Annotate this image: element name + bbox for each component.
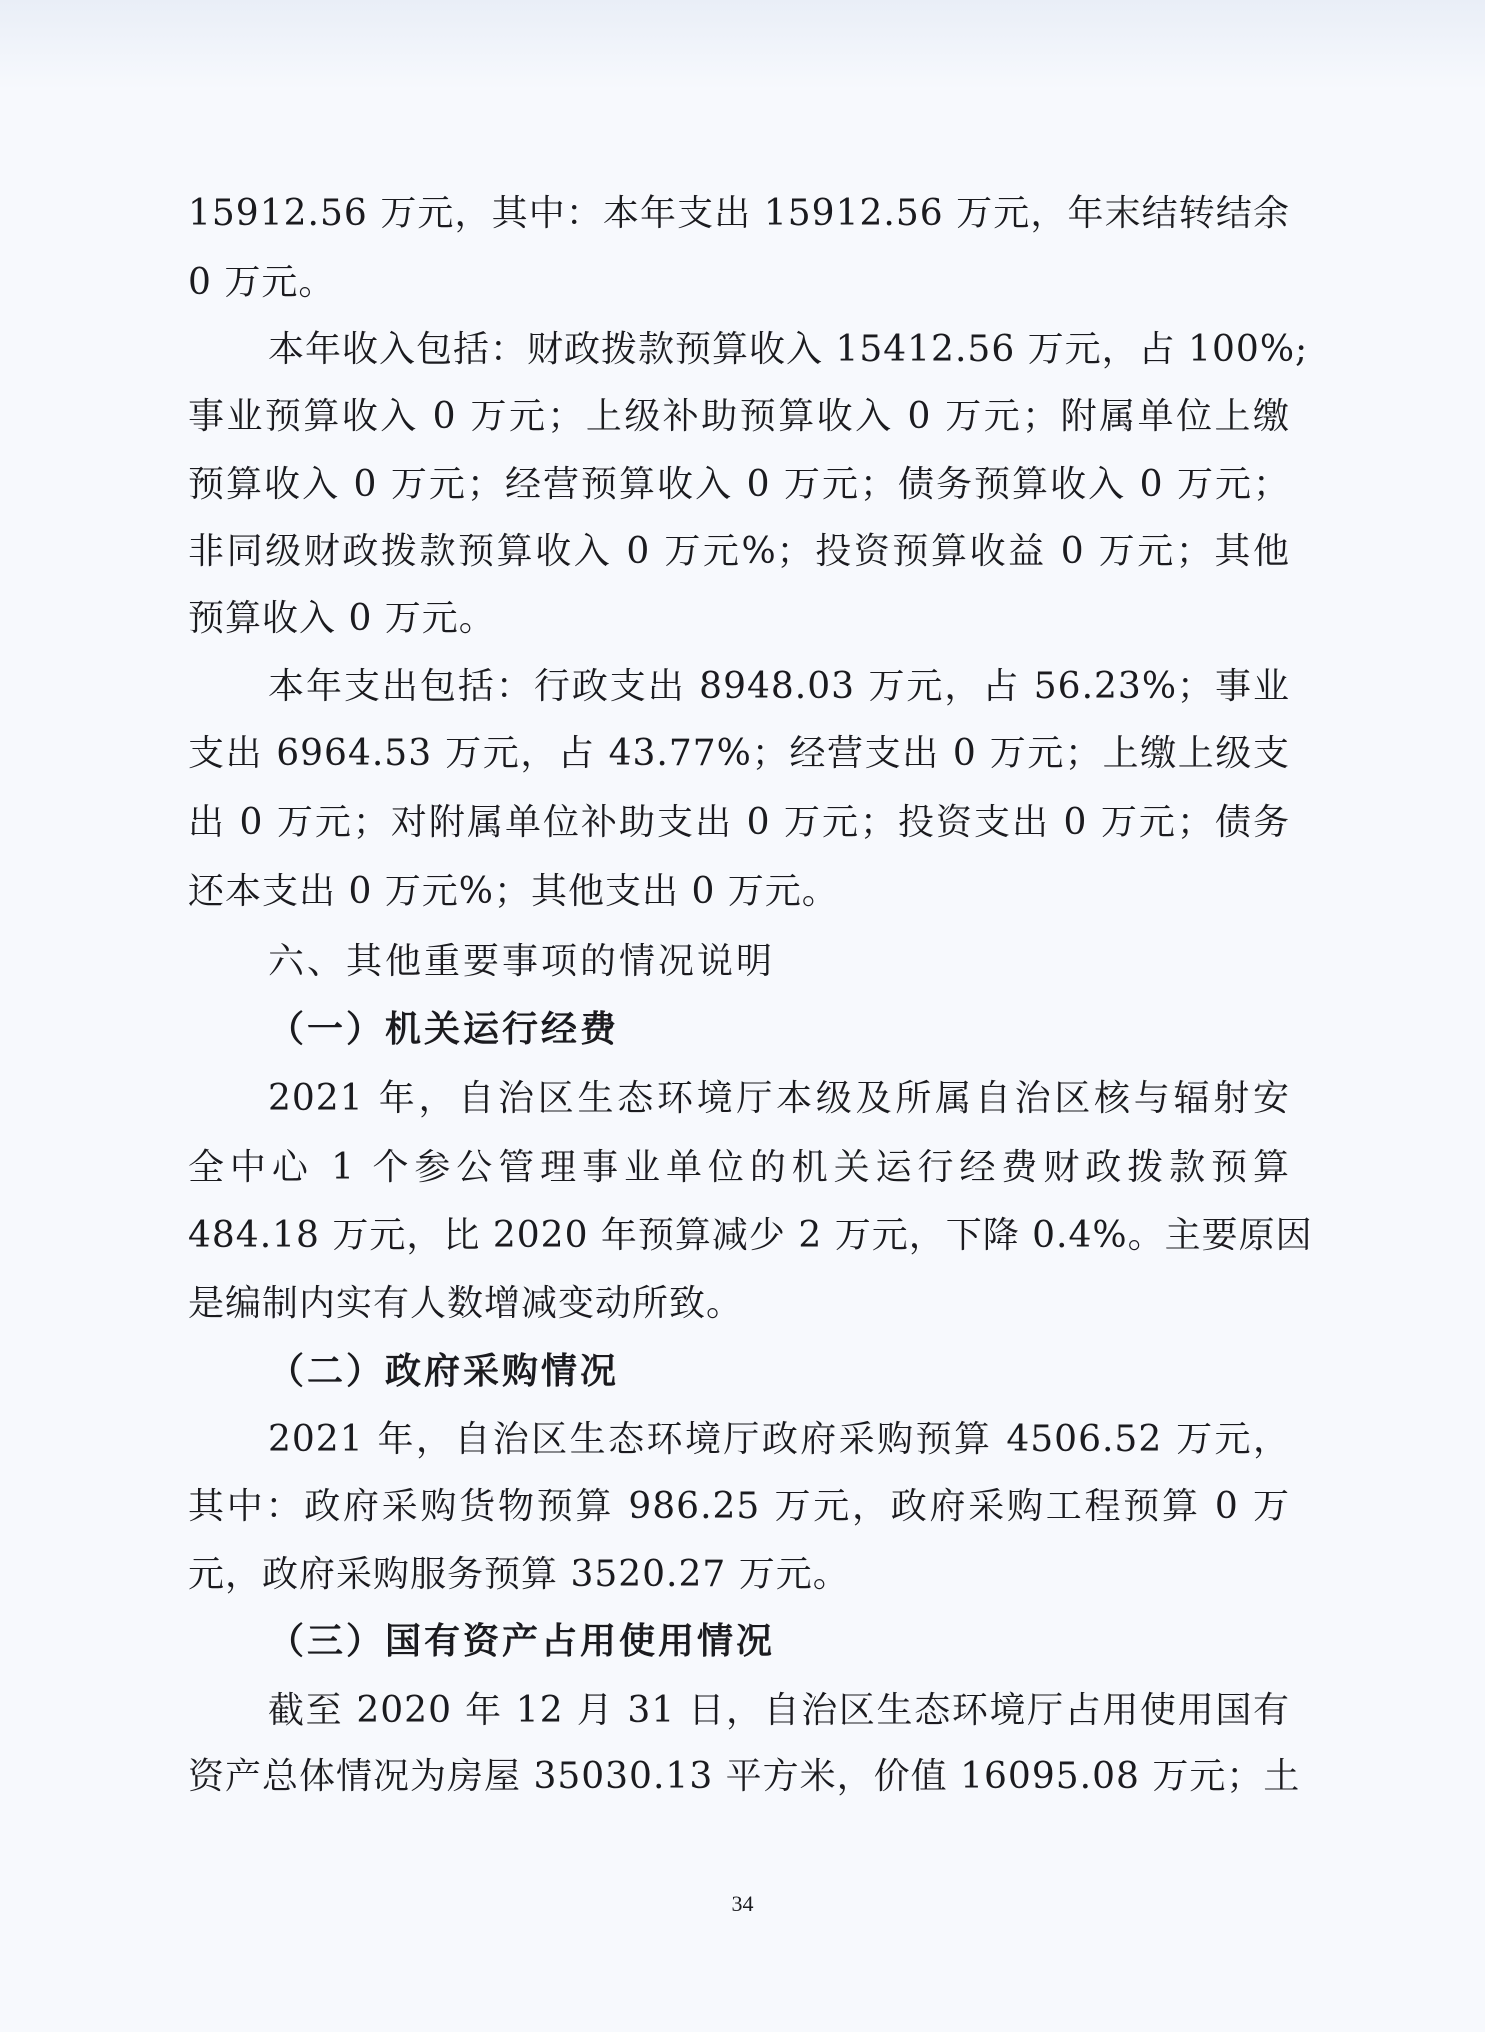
text-line: 全中心 1 个参公管理事业单位的机关运行经费财政拨款预算 bbox=[188, 1140, 1290, 1196]
text-line: 484.18 万元，比 2020 年预算减少 2 万元，下降 0.4%。主要原因 bbox=[188, 1208, 1290, 1264]
page-number: 34 bbox=[0, 1890, 1485, 1918]
text-line: 出 0 万元；对附属单位补助支出 0 万元；投资支出 0 万元；债务 bbox=[188, 795, 1290, 851]
document-page: 15912.56 万元，其中：本年支出 15912.56 万元，年末结转结余 0… bbox=[0, 0, 1485, 2032]
text-line: 资产总体情况为房屋 35030.13 平方米，价值 16095.08 万元；土 bbox=[188, 1749, 1290, 1805]
subsection-heading-operating-funds: （一）机关运行经费 bbox=[268, 1002, 619, 1058]
text-line: 事业预算收入 0 万元；上级补助预算收入 0 万元；附属单位上缴 bbox=[188, 389, 1290, 445]
paragraph-income-start: 本年收入包括：财政拨款预算收入 15412.56 万元，占 100%; bbox=[268, 322, 1290, 378]
text-line: 还本支出 0 万元%；其他支出 0 万元。 bbox=[188, 864, 1290, 920]
paragraph-procurement-start: 2021 年，自治区生态环境厅政府采购预算 4506.52 万元， bbox=[268, 1412, 1290, 1468]
text-line: 元，政府采购服务预算 3520.27 万元。 bbox=[188, 1547, 1290, 1603]
subsection-heading-procurement: （二）政府采购情况 bbox=[268, 1344, 619, 1400]
section-heading-other-matters: 六、其他重要事项的情况说明 bbox=[268, 934, 775, 990]
text-line: 其中：政府采购货物预算 986.25 万元，政府采购工程预算 0 万 bbox=[188, 1479, 1290, 1535]
text-line: 非同级财政拨款预算收入 0 万元%；投资预算收益 0 万元；其他 bbox=[188, 524, 1290, 580]
paragraph-operating-funds-start: 2021 年，自治区生态环境厅本级及所属自治区核与辐射安 bbox=[268, 1071, 1290, 1127]
text-line: 预算收入 0 万元。 bbox=[188, 591, 1290, 647]
paragraph-assets-start: 截至 2020 年 12 月 31 日，自治区生态环境厅占用使用国有 bbox=[268, 1683, 1290, 1739]
text-line: 15912.56 万元，其中：本年支出 15912.56 万元，年末结转结余 bbox=[188, 186, 1290, 242]
text-line: 预算收入 0 万元；经营预算收入 0 万元；债务预算收入 0 万元； bbox=[188, 457, 1290, 513]
subsection-heading-state-assets: （三）国有资产占用使用情况 bbox=[268, 1614, 775, 1670]
paragraph-expense-start: 本年支出包括：行政支出 8948.03 万元，占 56.23%；事业 bbox=[268, 659, 1290, 715]
text-line: 0 万元。 bbox=[188, 255, 1290, 311]
text-line: 是编制内实有人数增减变动所致。 bbox=[188, 1276, 1290, 1332]
text-line: 支出 6964.53 万元，占 43.77%；经营支出 0 万元；上缴上级支 bbox=[188, 726, 1290, 782]
